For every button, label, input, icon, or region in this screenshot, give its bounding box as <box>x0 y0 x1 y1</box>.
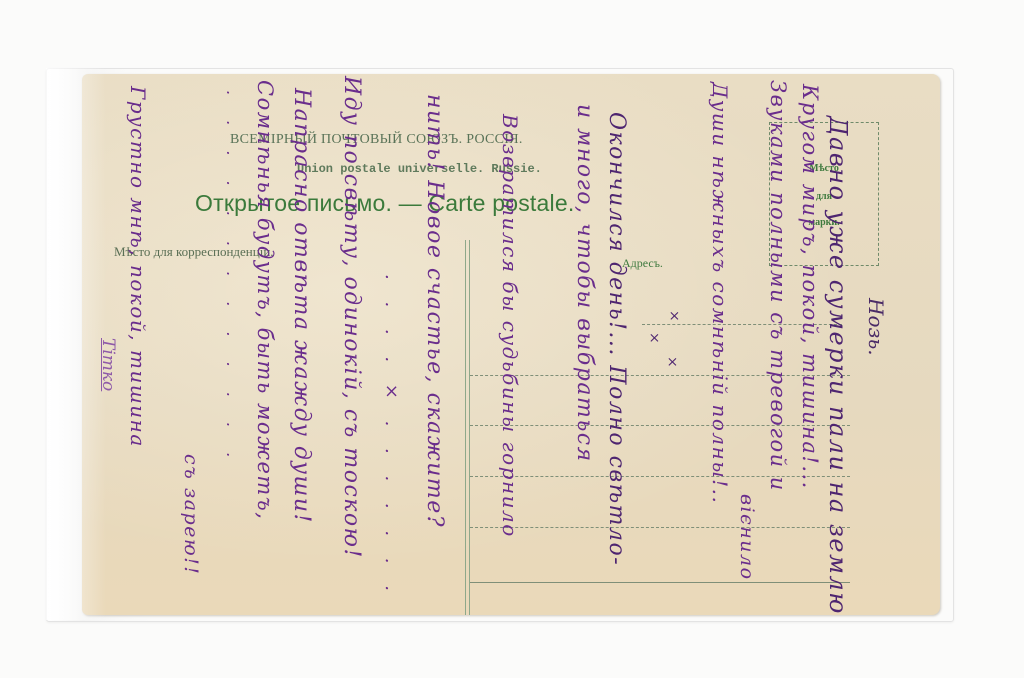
handwriting-line: Звуками полными съ тревогой и <box>766 80 790 492</box>
address-line <box>470 476 850 477</box>
handwriting-line: Возвратился бы судьбины горнило <box>498 114 522 538</box>
handwriting-line: нить! Новое счастье, скажите? <box>422 94 447 528</box>
handwriting-line: Напрасно отвѣта жажду души! <box>289 88 314 524</box>
address-line <box>470 527 850 528</box>
dotted-line: . . . . × . . . . . . . <box>381 274 402 599</box>
handwriting-line: Давно уже сумерки пали на землю: <box>824 116 852 615</box>
vertical-divider <box>465 240 470 615</box>
handwriting-line: Иду по свѣту, одинокій, съ тоскою! <box>339 76 364 559</box>
cross-mark: × <box>646 332 662 345</box>
cross-mark: × <box>666 310 682 323</box>
handwriting-line: съ зарею!! <box>180 454 202 575</box>
handwriting-line: Кругом миръ, покой, тишина!... <box>798 84 822 490</box>
margin-note: Нозь. <box>864 298 888 356</box>
postcard: ВСЕМІРНЫЙ ПОЧТОВЫЙ СОЮЗЪ. РОССІЯ. Union … <box>82 74 940 615</box>
address-line <box>470 375 850 376</box>
handwriting-line: и много, чтобы выбраться <box>572 104 597 463</box>
address-line <box>470 425 850 426</box>
handwriting-line: Души нѣжныхъ сомнѣній полны!.. <box>708 82 732 504</box>
dotted-line: . . . . . . . . . . . . . <box>223 90 242 467</box>
handwriting-line: Грустно мнѣ, покой, тишина <box>126 86 150 448</box>
handwriting-line: Сомнѣнья будутъ, быть можетъ, <box>253 80 277 520</box>
handwriting-line: Окончился день!... Полно свѣтло- <box>604 112 629 566</box>
signature: Тітко <box>98 338 118 391</box>
cross-mark: × <box>664 356 680 369</box>
address-line <box>470 582 850 583</box>
handwriting-line: вієнило <box>736 494 758 581</box>
